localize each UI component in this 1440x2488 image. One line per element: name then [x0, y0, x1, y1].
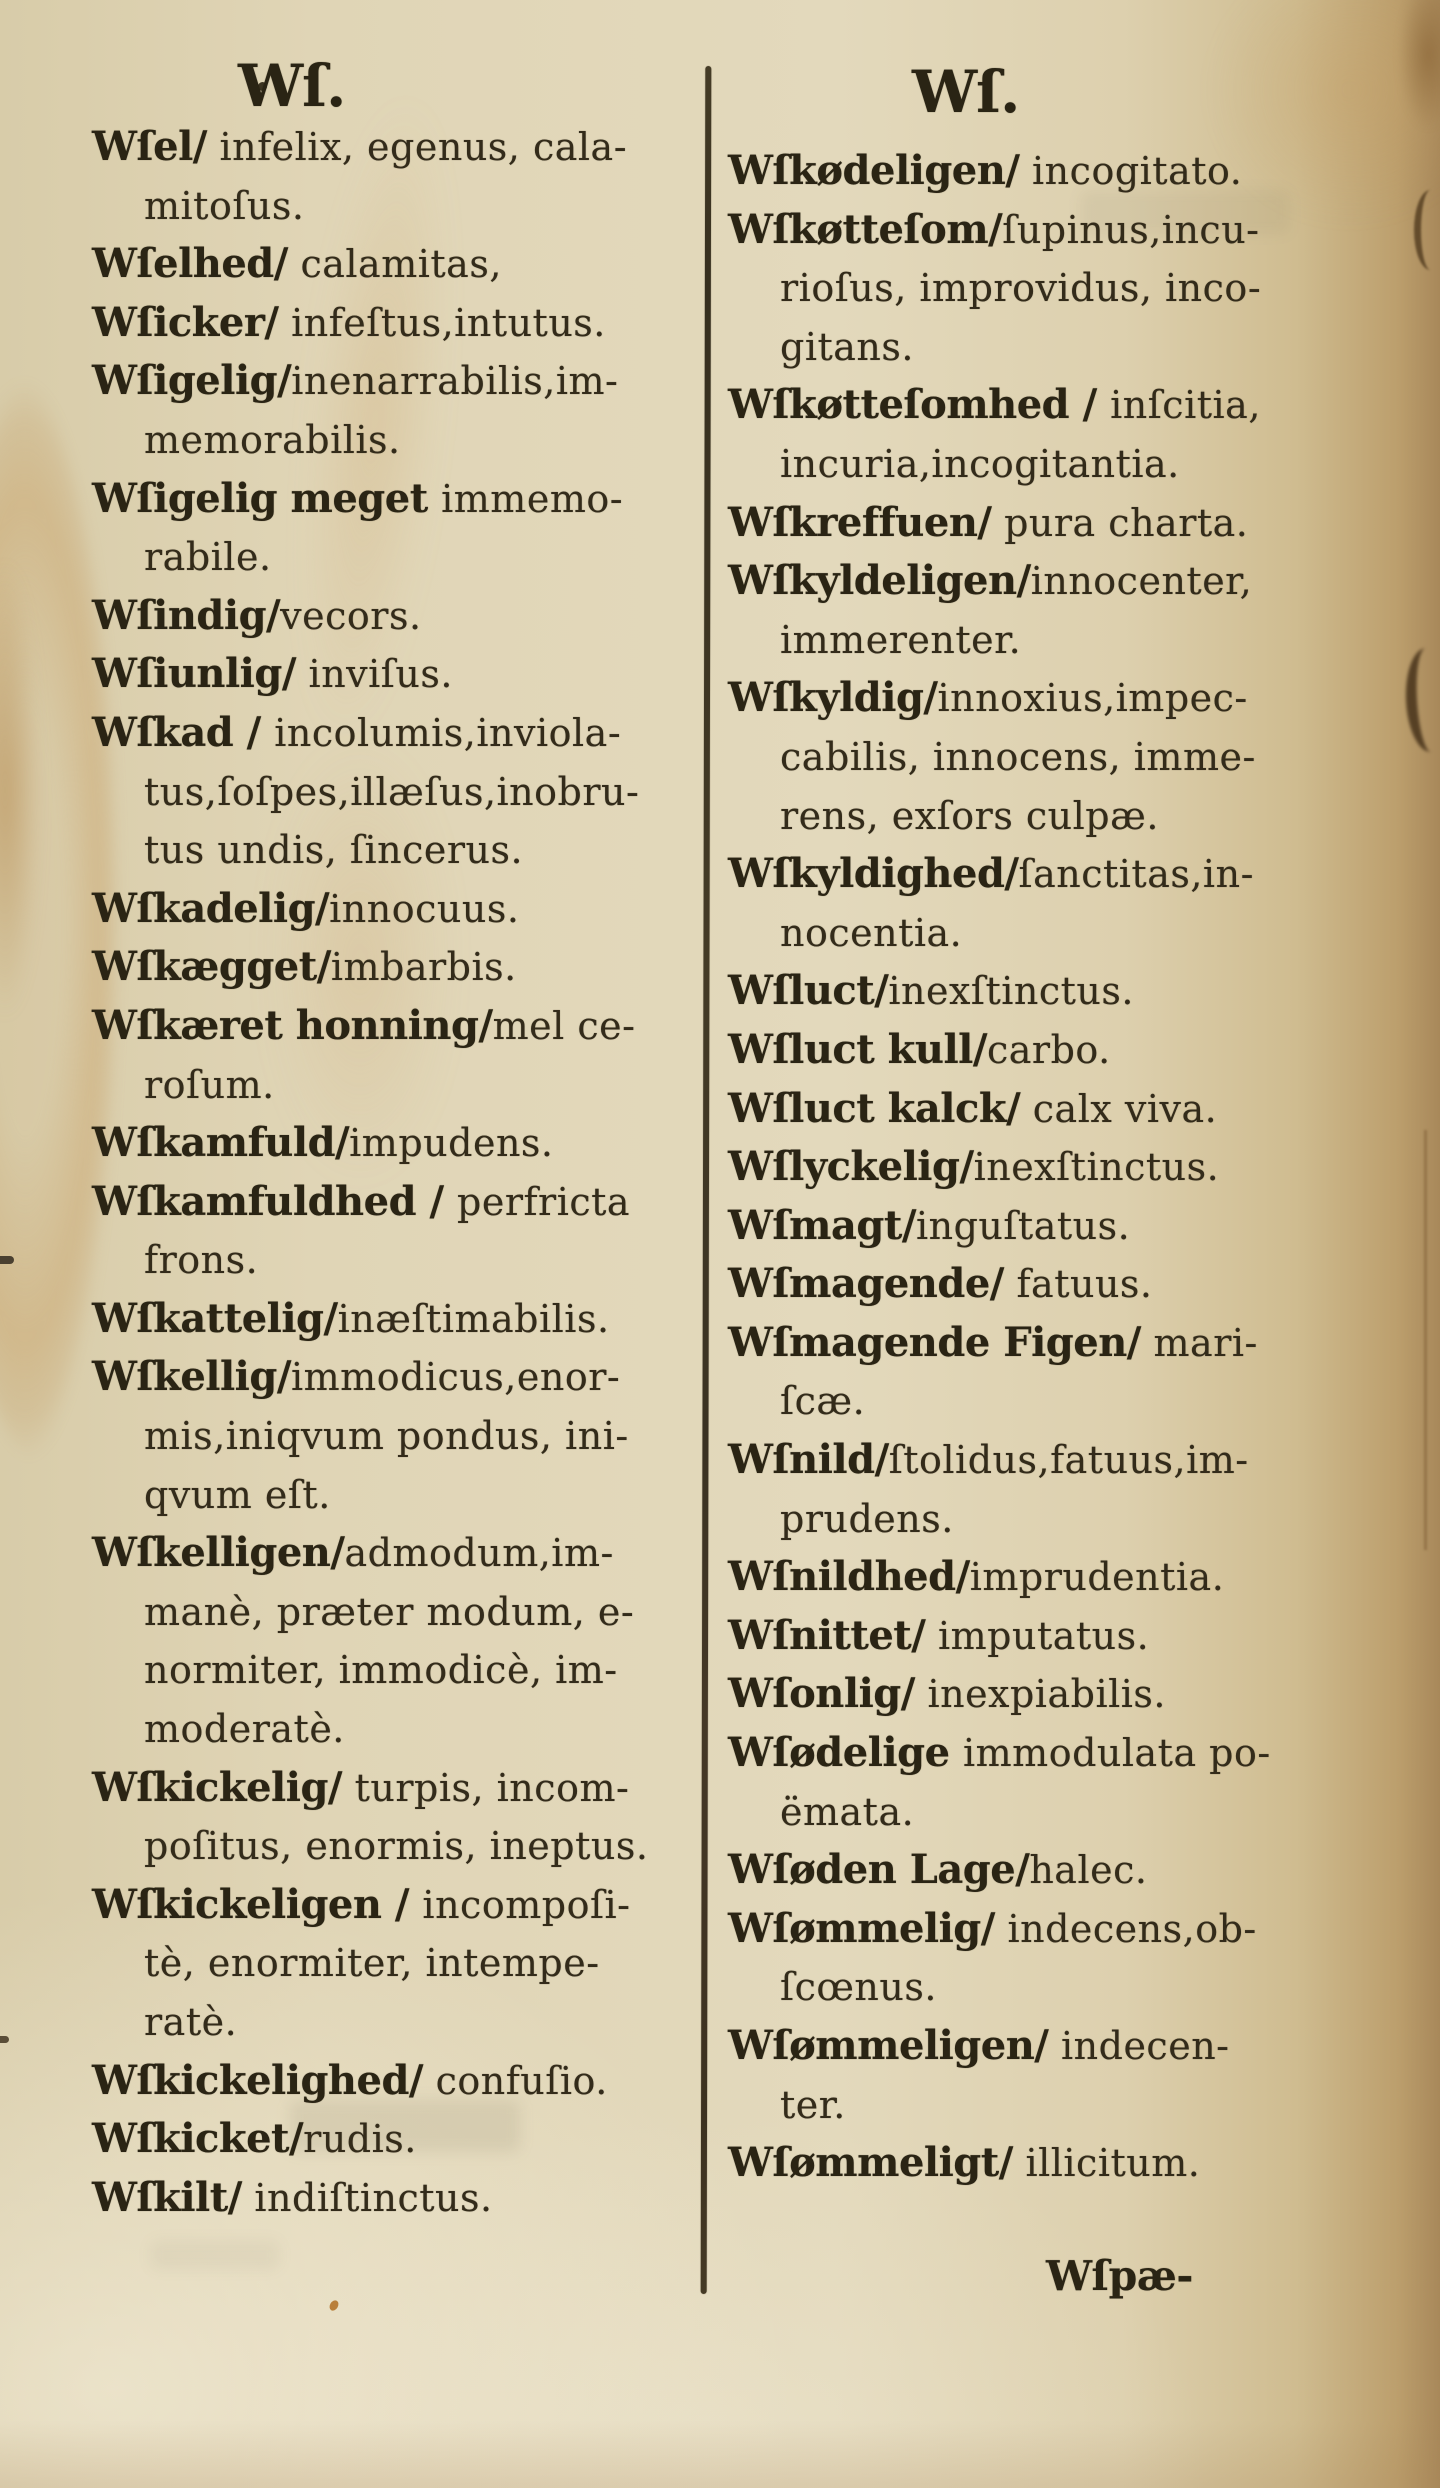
latin-definition: incogitato.	[1019, 149, 1242, 193]
entry-line: prudens.	[728, 1490, 1418, 1549]
entry-line: Wſømmeligt/ illicitum.	[728, 2134, 1418, 2193]
headword: Wſkadelig/	[92, 885, 329, 932]
latin-definition: mari-	[1141, 1321, 1258, 1365]
latin-definition: indiſtinctus.	[242, 2176, 493, 2220]
latin-definition: imprudentia.	[970, 1555, 1225, 1599]
headword: Wſonlig/	[728, 1670, 915, 1717]
latin-definition: rioſus, improvidus, inco-	[780, 266, 1261, 310]
entry-line: Wſindig/vecors.	[92, 587, 702, 646]
latin-definition: inæſtimabilis.	[338, 1297, 610, 1341]
latin-definition: inenarrabilis,im-	[291, 359, 618, 403]
entry-line: ratè.	[92, 1993, 702, 2052]
latin-definition: incompoſi-	[422, 1883, 630, 1927]
entry-line: Wſkødeligen/ incogitato.	[728, 142, 1418, 201]
latin-definition: rudis.	[303, 2117, 417, 2161]
entry-line: ſcæ.	[728, 1372, 1418, 1431]
headword: Wſkamfuldhed /	[92, 1178, 457, 1225]
entry-line: tè, enormiter, intempe-	[92, 1934, 702, 1993]
entry-line: ter.	[728, 2076, 1418, 2135]
entry-line: poſitus, enormis, ineptus.	[92, 1817, 702, 1876]
entry-line: Wſicker/ infeſtus,intutus.	[92, 294, 702, 353]
entry-line: Wſkæret honning/mel ce-	[92, 997, 702, 1056]
latin-definition: incolumis,inviola-	[274, 711, 621, 755]
headword: Wſømmeligt/	[728, 2139, 1013, 2186]
latin-definition: rens, exſors culpæ.	[780, 794, 1159, 838]
entry-line: Wſømmeligen/ indecen-	[728, 2017, 1418, 2076]
headword: Wſkæret honning/	[92, 1002, 493, 1049]
latin-definition: ëmata.	[780, 1790, 914, 1834]
headword: Wſkickeligen /	[92, 1881, 422, 1928]
entry-line: Wſkilt/ indiſtinctus.	[92, 2169, 702, 2228]
headword: Wſluct kalck/	[728, 1085, 1020, 1132]
headword: Wſkødeligen/	[728, 147, 1019, 194]
latin-definition: innocuus.	[329, 887, 519, 931]
entry-line: Wſkøtteſomhed / inſcitia,	[728, 376, 1418, 435]
entry-line: tus,ſoſpes,illæſus,inobru-	[92, 763, 702, 822]
headword: Wſmagt/	[728, 1202, 916, 1249]
headword: Wſiunlig/	[92, 650, 296, 697]
entry-line: Wſmagende/ fatuus.	[728, 1255, 1418, 1314]
headword: Wſmagende Figen/	[728, 1319, 1141, 1366]
latin-definition: ratè.	[144, 2000, 237, 2044]
entry-line: Wſkadelig/innocuus.	[92, 880, 702, 939]
latin-definition: ſupinus,incu-	[1002, 208, 1259, 252]
entry-line: moderatè.	[92, 1700, 702, 1759]
entry-line: immerenter.	[728, 611, 1418, 670]
headword: Wſkøtteſom/	[728, 206, 1002, 253]
entry-line: Wſkyldeligen/innocenter,	[728, 552, 1418, 611]
latin-definition: innocenter,	[1031, 559, 1253, 603]
latin-definition: fatuus.	[1004, 1262, 1153, 1306]
entry-line: Wſel/ infelix, egenus, cala-	[92, 118, 702, 177]
entry-line: Wſkægget/imbarbis.	[92, 938, 702, 997]
dictionary-column-right: Wſkødeligen/ incogitato.Wſkøtteſom/ſupin…	[728, 142, 1418, 2193]
headword: Wſlyckelig/	[728, 1143, 974, 1190]
entry-line: mis,iniqvum pondus, ini-	[92, 1407, 702, 1466]
entry-line: Wſigelig/inenarrabilis,im-	[92, 352, 702, 411]
entry-line: Wſkyldig/innoxius,impec-	[728, 669, 1418, 728]
latin-definition: ſanctitas,in-	[1019, 852, 1254, 896]
entry-line: ëmata.	[728, 1783, 1418, 1842]
latin-definition: immerenter.	[780, 618, 1021, 662]
entry-line: Wſiunlig/ inviſus.	[92, 645, 702, 704]
headword: Wſkyldighed/	[728, 850, 1019, 897]
entry-line: normiter, immodicè, im-	[92, 1641, 702, 1700]
entry-line: Wſkad / incolumis,inviola-	[92, 704, 702, 763]
headword: Wſelhed/	[92, 240, 288, 287]
foxing-speck	[328, 2299, 340, 2313]
latin-definition: indecen-	[1048, 2024, 1229, 2068]
catchword: Wſpæ-	[1046, 2252, 1193, 2300]
headword: Wſluct/	[728, 967, 888, 1014]
entry-line: Wſkickelighed/ confuſio.	[92, 2052, 702, 2111]
headword: Wſkicket/	[92, 2115, 303, 2162]
latin-definition: imputatus.	[925, 1614, 1149, 1658]
headword: Wſkickelighed/	[92, 2057, 423, 2104]
entry-line: manè, præter modum, e-	[92, 1583, 702, 1642]
latin-definition: mitoſus.	[144, 184, 304, 228]
running-title-right: Wſ.	[912, 58, 1019, 126]
latin-definition: ſcæ.	[780, 1379, 865, 1423]
headword: Wſkamfuld/	[92, 1119, 349, 1166]
headword: Wſømmelig/	[728, 1905, 995, 1952]
entry-line: Wſkamfuld/impudens.	[92, 1114, 702, 1173]
running-title-left: Wſ.	[238, 52, 345, 120]
entry-line: Wſkellig/immodicus,enor-	[92, 1348, 702, 1407]
headword: Wſicker/	[92, 299, 279, 346]
latin-definition: indecens,ob-	[995, 1907, 1257, 1951]
latin-definition: cabilis, innocens, imme-	[780, 735, 1256, 779]
latin-definition: memorabilis.	[144, 418, 401, 462]
entry-line: Wſmagt/inguſtatus.	[728, 1197, 1418, 1256]
headword: Wſkelligen/	[92, 1529, 345, 1576]
entry-line: gitans.	[728, 318, 1418, 377]
headword: Wſøden Lage/	[728, 1846, 1029, 1893]
headword: Wſkattelig/	[92, 1295, 338, 1342]
headword: Wſkilt/	[92, 2174, 242, 2221]
entry-line: Wſkyldighed/ſanctitas,in-	[728, 845, 1418, 904]
latin-definition: inexpiabilis.	[915, 1672, 1166, 1716]
headword: Wſkreffuen/	[728, 499, 992, 546]
latin-definition: ſtolidus,fatuus,im-	[889, 1438, 1249, 1482]
latin-definition: incuria,incogitantia.	[780, 442, 1180, 486]
headword: Wſigelig/	[92, 357, 291, 404]
entry-line: frons.	[92, 1231, 702, 1290]
entry-line: incuria,incogitantia.	[728, 435, 1418, 494]
headword: Wſkickelig/	[92, 1764, 342, 1811]
entry-line: Wſelhed/ calamitas,	[92, 235, 702, 294]
headword: Wſkyldig/	[728, 674, 938, 721]
entry-line: Wſlyckelig/inexſtinctus.	[728, 1138, 1418, 1197]
entry-line: Wſigelig meget immemo-	[92, 470, 702, 529]
latin-definition: ſcœnus.	[780, 1965, 937, 2009]
latin-definition: calamitas,	[288, 242, 502, 286]
entry-line: nocentia.	[728, 904, 1418, 963]
entry-line: rioſus, improvidus, inco-	[728, 259, 1418, 318]
stain-left-edge	[0, 560, 40, 1020]
entry-line: Wſødelige immodulata po-	[728, 1724, 1418, 1783]
latin-definition: normiter, immodicè, im-	[144, 1648, 618, 1692]
latin-definition: infelix, egenus, cala-	[207, 125, 627, 169]
bottom-edge-shading	[0, 2420, 1440, 2488]
entry-line: Wſmagende Figen/ mari-	[728, 1314, 1418, 1373]
headword: Wſel/	[92, 123, 207, 170]
latin-definition: nocentia.	[780, 911, 962, 955]
latin-definition: tus undis, ſincerus.	[144, 828, 523, 872]
headword: Wſigelig meget	[92, 475, 441, 522]
headword: Wſindig/	[92, 592, 280, 639]
entry-line: cabilis, innocens, imme-	[728, 728, 1418, 787]
entry-line: Wſkattelig/inæſtimabilis.	[92, 1290, 702, 1349]
headword: Wſluct kull/	[728, 1026, 987, 1073]
entry-line: memorabilis.	[92, 411, 702, 470]
entry-line: tus undis, ſincerus.	[92, 821, 702, 880]
headword: Wſkad /	[92, 709, 274, 756]
entry-line: Wſonlig/ inexpiabilis.	[728, 1665, 1418, 1724]
ink-speck	[0, 1256, 14, 1264]
latin-definition: admodum,im-	[345, 1531, 614, 1575]
latin-definition: inviſus.	[296, 652, 453, 696]
latin-definition: prudens.	[780, 1497, 954, 1541]
entry-line: Wſkreffuen/ pura charta.	[728, 494, 1418, 553]
page-crease-right	[1424, 1130, 1427, 1550]
latin-definition: mis,iniqvum pondus, ini-	[144, 1414, 629, 1458]
entry-line: ſcœnus.	[728, 1958, 1418, 2017]
book-page-scan: { "page": { "header_left": "Wſ.", "heade…	[0, 0, 1440, 2488]
show-through-ghost-text	[150, 2240, 280, 2270]
entry-line: Wſkamfuldhed / perfricta	[92, 1173, 702, 1232]
latin-definition: manè, præter modum, e-	[144, 1590, 634, 1634]
entry-line: Wſømmelig/ indecens,ob-	[728, 1900, 1418, 1959]
entry-line: Wſkøtteſom/ſupinus,incu-	[728, 201, 1418, 260]
ink-speck	[0, 2036, 9, 2043]
latin-definition: inexſtinctus.	[974, 1145, 1220, 1189]
latin-definition: innoxius,impec-	[938, 676, 1248, 720]
latin-definition: roſum.	[144, 1063, 275, 1107]
entry-line: rens, exſors culpæ.	[728, 787, 1418, 846]
latin-definition: inſcitia,	[1110, 383, 1261, 427]
latin-definition: turpis, incom-	[342, 1766, 629, 1810]
latin-definition: impudens.	[349, 1121, 553, 1165]
headword: Wſnildhed/	[728, 1553, 970, 1600]
latin-definition: infeſtus,intutus.	[279, 301, 606, 345]
headword: Wſkyldeligen/	[728, 557, 1031, 604]
latin-definition: perfricta	[457, 1180, 630, 1224]
latin-definition: vecors.	[280, 594, 421, 638]
entry-line: Wſluct kalck/ calx viva.	[728, 1080, 1418, 1139]
headword: Wſkægget/	[92, 943, 331, 990]
latin-definition: frons.	[144, 1238, 258, 1282]
entry-line: Wſnildhed/imprudentia.	[728, 1548, 1418, 1607]
entry-line: rabile.	[92, 528, 702, 587]
latin-definition: rabile.	[144, 535, 272, 579]
headword: Wſømmeligen/	[728, 2022, 1048, 2069]
latin-definition: mel ce-	[493, 1004, 636, 1048]
latin-definition: tè, enormiter, intempe-	[144, 1941, 600, 1985]
entry-line: Wſøden Lage/halec.	[728, 1841, 1418, 1900]
entry-line: Wſnild/ſtolidus,fatuus,im-	[728, 1431, 1418, 1490]
headword: Wſnild/	[728, 1436, 889, 1483]
entry-line: Wſluct/inexſtinctus.	[728, 962, 1418, 1021]
latin-definition: immemo-	[441, 477, 623, 521]
latin-definition: imbarbis.	[331, 945, 517, 989]
latin-definition: illicitum.	[1013, 2141, 1200, 2185]
dictionary-column-left: Wſel/ infelix, egenus, cala-mitoſus.Wſel…	[92, 118, 702, 2227]
latin-definition: poſitus, enormis, ineptus.	[144, 1824, 648, 1868]
top-left-corner-highlight	[0, 0, 220, 90]
latin-definition: immodicus,enor-	[291, 1355, 620, 1399]
latin-definition: tus,ſoſpes,illæſus,inobru-	[144, 770, 639, 814]
column-divider-rule	[701, 66, 712, 2294]
latin-definition: confuſio.	[423, 2059, 608, 2103]
latin-definition: calx viva.	[1020, 1087, 1217, 1131]
entry-line: Wſkicket/rudis.	[92, 2110, 702, 2169]
latin-definition: qvum eſt.	[144, 1473, 331, 1517]
headword: Wſnittet/	[728, 1612, 925, 1659]
entry-line: Wſnittet/ imputatus.	[728, 1607, 1418, 1666]
latin-definition: ter.	[780, 2083, 846, 2127]
entry-line: mitoſus.	[92, 177, 702, 236]
headword: Wſmagende/	[728, 1260, 1004, 1307]
latin-definition: gitans.	[780, 325, 914, 369]
entry-line: Wſkelligen/admodum,im-	[92, 1524, 702, 1583]
latin-definition: inexſtinctus.	[888, 969, 1134, 1013]
headword: Wſkøtteſomhed /	[728, 381, 1110, 428]
entry-line: roſum.	[92, 1056, 702, 1115]
entry-line: Wſkickeligen / incompoſi-	[92, 1876, 702, 1935]
entry-line: qvum eſt.	[92, 1466, 702, 1525]
headword: Wſkellig/	[92, 1353, 291, 1400]
latin-definition: immodulata po-	[963, 1731, 1271, 1775]
headword: Wſødelige	[728, 1729, 963, 1776]
latin-definition: pura charta.	[992, 501, 1249, 545]
entry-line: Wſkickelig/ turpis, incom-	[92, 1759, 702, 1818]
latin-definition: halec.	[1029, 1848, 1147, 1892]
entry-line: Wſluct kull/carbo.	[728, 1021, 1418, 1080]
stain-top-right-dark	[1398, 0, 1440, 130]
latin-definition: carbo.	[987, 1028, 1111, 1072]
latin-definition: inguſtatus.	[916, 1204, 1130, 1248]
latin-definition: moderatè.	[144, 1707, 345, 1751]
